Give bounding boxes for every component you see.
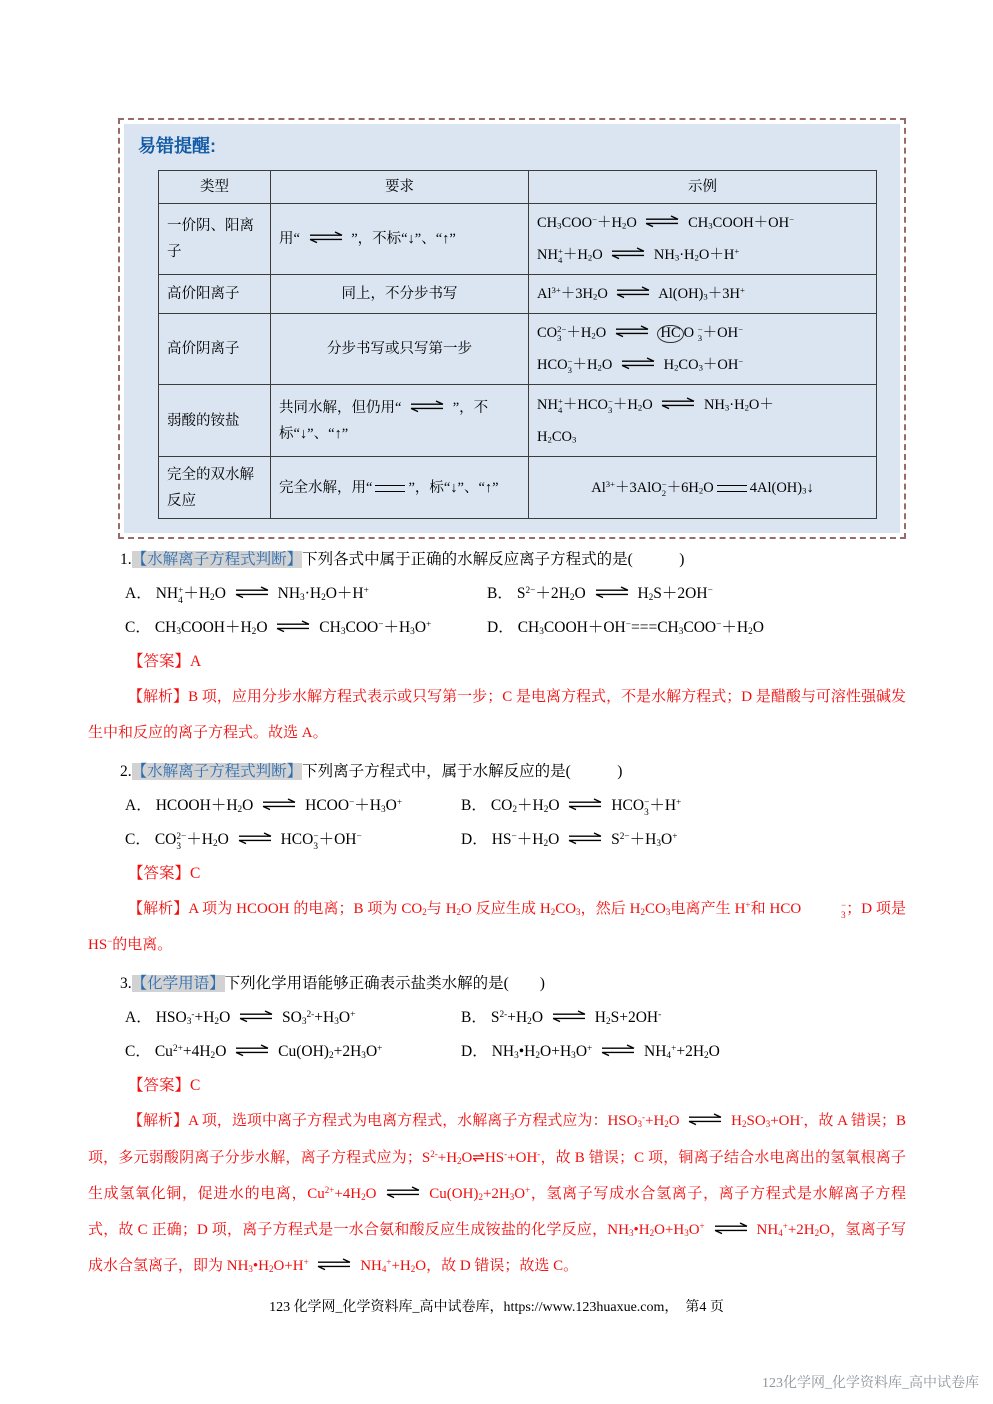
option-B: B．S2−＋2H2O H2S＋2OH−	[487, 577, 906, 611]
question-tag: 【化学用语】	[132, 975, 225, 992]
answer-value: A	[190, 653, 201, 670]
example-line: NH+4＋H2O NH3·H2O＋H+	[537, 239, 868, 271]
option-C: C．CH3COOH＋H2O CH3COO−＋H3O+	[125, 611, 487, 645]
table-row: 一价阴、阳离子 用“ ”，不标“↓”、“↑” CH3COO−＋H2O CH3CO…	[159, 204, 877, 275]
analysis: 【解析】B 项，应用分步水解方程式表示或只写第一步；C 是电离方程式，不是水解方…	[88, 679, 906, 751]
reminder-box: 易错提醒: 类型 要求 示例 一价阴、阳离子 用“ ”，不标“↓”、“↑”	[118, 118, 906, 539]
option-C: C．Cu2++4H2O Cu(OH)2+2H3O+	[125, 1035, 461, 1069]
example-cell: Al3+＋3H2O Al(OH)3＋3H+	[529, 275, 877, 314]
option-label: C．	[125, 831, 151, 848]
option-D: D．HS−＋H2O S2−＋H3O+	[461, 823, 906, 857]
option-A: A．HCOOH＋H2O HCOO−＋H3O+	[125, 789, 461, 823]
table-row: 高价阳离子 同上，不分步书写 Al3+＋3H2O Al(OH)3＋3H+	[159, 275, 877, 314]
table-row: 完全的双水解反应 完全水解，用“”，标“↓”、“↑” Al3+＋3AlO−2＋6…	[159, 457, 877, 519]
analysis: 【解析】A 项为 HCOOH 的电离；B 项为 CO2与 H2O 反应生成 H2…	[88, 891, 906, 963]
example-cell: Al3+＋3AlO−2＋6H2O4Al(OH)3↓	[529, 457, 877, 519]
option-label: D．	[487, 619, 514, 636]
example-line: H2CO3	[537, 421, 868, 453]
option-B: B．CO2＋H2O HCO−3＋H+	[461, 789, 906, 823]
option-formula: HSO3-+H2O SO32-+H3O+	[156, 1009, 356, 1026]
type-cell: 完全的双水解反应	[159, 457, 271, 519]
answer-line: 【答案】C	[128, 857, 906, 891]
option-row: A．HSO3-+H2O SO32-+H3O+ B．S2-+H2O H2S+2OH…	[125, 1001, 906, 1035]
analysis-text: B 项，应用分步水解方程式表示或只写第一步；C 是电离方程式，不是水解方程式；D…	[88, 689, 906, 741]
option-formula: NH3•H2O+H3O+ NH4++2H2O	[492, 1043, 720, 1060]
option-D: D．CH3COOH＋OH−===CH3COO−＋H2O	[487, 611, 906, 645]
answer-line: 【答案】A	[128, 645, 906, 679]
example-line: Al3+＋3H2O Al(OH)3＋3H+	[537, 278, 868, 310]
option-label: C．	[125, 1043, 151, 1060]
reminder-title: 易错提醒:	[138, 132, 900, 158]
type-cell: 一价阴、阳离子	[159, 204, 271, 275]
option-row: C．CO2−3＋H2O HCO−3＋OH− D．HS−＋H2O S2−＋H3O+	[125, 823, 906, 857]
question-tag: 【水解离子方程式判断】	[132, 551, 303, 568]
option-label: B．	[487, 585, 513, 602]
requirement-cell: 分步书写或只写第一步	[271, 314, 529, 385]
option-formula: CH3COOH＋H2O CH3COO−＋H3O+	[155, 619, 431, 636]
answer-label: 【答案】	[128, 653, 190, 670]
question-number: 2.	[120, 763, 132, 780]
option-formula: S2-+H2O H2S+2OH-	[491, 1009, 661, 1026]
analysis-text: A 项为 HCOOH 的电离；B 项为 CO2与 H2O 反应生成 H2CO3，…	[88, 901, 906, 953]
answer-label: 【答案】	[128, 865, 190, 882]
question-number: 1.	[120, 551, 132, 568]
option-label: B．	[461, 797, 487, 814]
question-stem: 下列离子方程式中，属于水解反应的是( )	[302, 763, 622, 780]
requirement-cell: 完全水解，用“”，标“↓”、“↑”	[271, 457, 529, 519]
example-line: CO2−3＋H2O HCO −3＋OH−	[537, 317, 868, 349]
answer-value: C	[190, 1077, 200, 1094]
option-A: A．NH+4＋H2O NH3·H2O＋H+	[125, 577, 487, 611]
option-formula: CO2＋H2O HCO−3＋H+	[491, 797, 681, 814]
option-row: C．Cu2++4H2O Cu(OH)2+2H3O+ D．NH3•H2O+H3O+…	[125, 1035, 906, 1069]
question-stem: 下列化学用语能够正确表示盐类水解的是( )	[225, 975, 545, 992]
analysis-label: 【解析】	[128, 1113, 188, 1129]
option-label: A．	[125, 585, 152, 602]
answer-line: 【答案】C	[128, 1069, 906, 1103]
question-heading: 3.【化学用语】下列化学用语能够正确表示盐类水解的是( )	[120, 967, 906, 1001]
type-cell: 高价阴离子	[159, 314, 271, 385]
requirement-cell: 共同水解，但仍用“ ”，不标“↓”、“↑”	[271, 385, 529, 457]
question-1: 1.【水解离子方程式判断】下列各式中属于正确的水解反应离子方程式的是( ) A．…	[88, 543, 906, 751]
requirement-cell: 同上，不分步书写	[271, 275, 529, 314]
option-label: C．	[125, 619, 151, 636]
example-cell: CO2−3＋H2O HCO −3＋OH− HCO−3＋H2O H2CO3＋OH−	[529, 314, 877, 385]
question-heading: 1.【水解离子方程式判断】下列各式中属于正确的水解反应离子方程式的是( )	[120, 543, 906, 577]
option-label: D．	[461, 1043, 488, 1060]
option-label: A．	[125, 1009, 152, 1026]
option-C: C．CO2−3＋H2O HCO−3＋OH−	[125, 823, 461, 857]
question-number: 3.	[120, 975, 132, 992]
answer-value: C	[190, 865, 200, 882]
option-label: A．	[125, 797, 152, 814]
analysis: 【解析】A 项，选项中离子方程式为电离方程式，水解离子方程式应为：HSO3-+H…	[88, 1103, 906, 1284]
option-formula: Cu2++4H2O Cu(OH)2+2H3O+	[155, 1043, 383, 1060]
options: A．NH+4＋H2O NH3·H2O＋H+ B．S2−＋2H2O H2S＋2OH…	[125, 577, 906, 645]
document-page: 易错提醒: 类型 要求 示例 一价阴、阳离子 用“ ”，不标“↓”、“↑”	[88, 118, 906, 1284]
question-2: 2.【水解离子方程式判断】下列离子方程式中，属于水解反应的是( ) A．HCOO…	[88, 755, 906, 963]
table-row: 弱酸的铵盐 共同水解，但仍用“ ”，不标“↓”、“↑” NH+4＋HCO−3＋H…	[159, 385, 877, 457]
header-cell-type: 类型	[159, 171, 271, 204]
analysis-label: 【解析】	[128, 901, 188, 917]
option-formula: S2−＋2H2O H2S＋2OH−	[517, 585, 713, 602]
analysis-label: 【解析】	[128, 689, 188, 705]
example-line: HCO−3＋H2O H2CO3＋OH−	[537, 349, 868, 381]
analysis-text: A 项，选项中离子方程式为电离方程式，水解离子方程式应为：HSO3-+H2O H…	[88, 1113, 906, 1274]
table-row: 高价阴离子 分步书写或只写第一步 CO2−3＋H2O HCO −3＋OH− HC…	[159, 314, 877, 385]
question-tag: 【水解离子方程式判断】	[132, 763, 303, 780]
option-B: B．S2-+H2O H2S+2OH-	[461, 1001, 906, 1035]
option-D: D．NH3•H2O+H3O+ NH4++2H2O	[461, 1035, 906, 1069]
reminder-table: 类型 要求 示例 一价阴、阳离子 用“ ”，不标“↓”、“↑” CH3COO−＋…	[158, 170, 877, 519]
options: A．HCOOH＋H2O HCOO−＋H3O+ B．CO2＋H2O HCO−3＋H…	[125, 789, 906, 857]
example-cell: NH+4＋HCO−3＋H2O NH3·H2O＋ H2CO3	[529, 385, 877, 457]
question-stem: 下列各式中属于正确的水解反应离子方程式的是( )	[302, 551, 684, 568]
option-row: A．NH+4＋H2O NH3·H2O＋H+ B．S2−＋2H2O H2S＋2OH…	[125, 577, 906, 611]
reminder-box-inner: 易错提醒: 类型 要求 示例 一价阴、阳离子 用“ ”，不标“↓”、“↑”	[124, 124, 900, 533]
option-label: B．	[461, 1009, 487, 1026]
type-cell: 弱酸的铵盐	[159, 385, 271, 457]
option-A: A．HSO3-+H2O SO32-+H3O+	[125, 1001, 461, 1035]
question-3: 3.【化学用语】下列化学用语能够正确表示盐类水解的是( ) A．HSO3-+H2…	[88, 967, 906, 1284]
example-line: Al3+＋3AlO−2＋6H2O4Al(OH)3↓	[537, 472, 868, 504]
option-formula: CO2−3＋H2O HCO−3＋OH−	[155, 831, 362, 848]
type-cell: 高价阳离子	[159, 275, 271, 314]
option-formula: HS−＋H2O S2−＋H3O+	[492, 831, 678, 848]
option-row: A．HCOOH＋H2O HCOO−＋H3O+ B．CO2＋H2O HCO−3＋H…	[125, 789, 906, 823]
watermark: 123化学网_化学资料库_高中试卷库	[762, 1372, 979, 1392]
option-formula: HCOOH＋H2O HCOO−＋H3O+	[156, 797, 402, 814]
requirement-cell: 用“ ”，不标“↓”、“↑”	[271, 204, 529, 275]
question-heading: 2.【水解离子方程式判断】下列离子方程式中，属于水解反应的是( )	[120, 755, 906, 789]
header-cell-requirement: 要求	[271, 171, 529, 204]
option-row: C．CH3COOH＋H2O CH3COO−＋H3O+ D．CH3COOH＋OH−…	[125, 611, 906, 645]
example-cell: CH3COO−＋H2O CH3COOH＋OH− NH+4＋H2O NH3·H2O…	[529, 204, 877, 275]
page-footer: 123 化学网_化学资料库_高中试卷库，https://www.123huaxu…	[0, 1296, 993, 1316]
example-line: NH+4＋HCO−3＋H2O NH3·H2O＋	[537, 389, 868, 421]
options: A．HSO3-+H2O SO32-+H3O+ B．S2-+H2O H2S+2OH…	[125, 1001, 906, 1069]
table-header-row: 类型 要求 示例	[159, 171, 877, 204]
option-formula: NH+4＋H2O NH3·H2O＋H+	[156, 585, 369, 602]
answer-label: 【答案】	[128, 1077, 190, 1094]
option-formula: CH3COOH＋OH−===CH3COO−＋H2O	[518, 619, 764, 636]
option-label: D．	[461, 831, 488, 848]
header-cell-example: 示例	[529, 171, 877, 204]
example-line: CH3COO−＋H2O CH3COOH＋OH−	[537, 207, 868, 239]
